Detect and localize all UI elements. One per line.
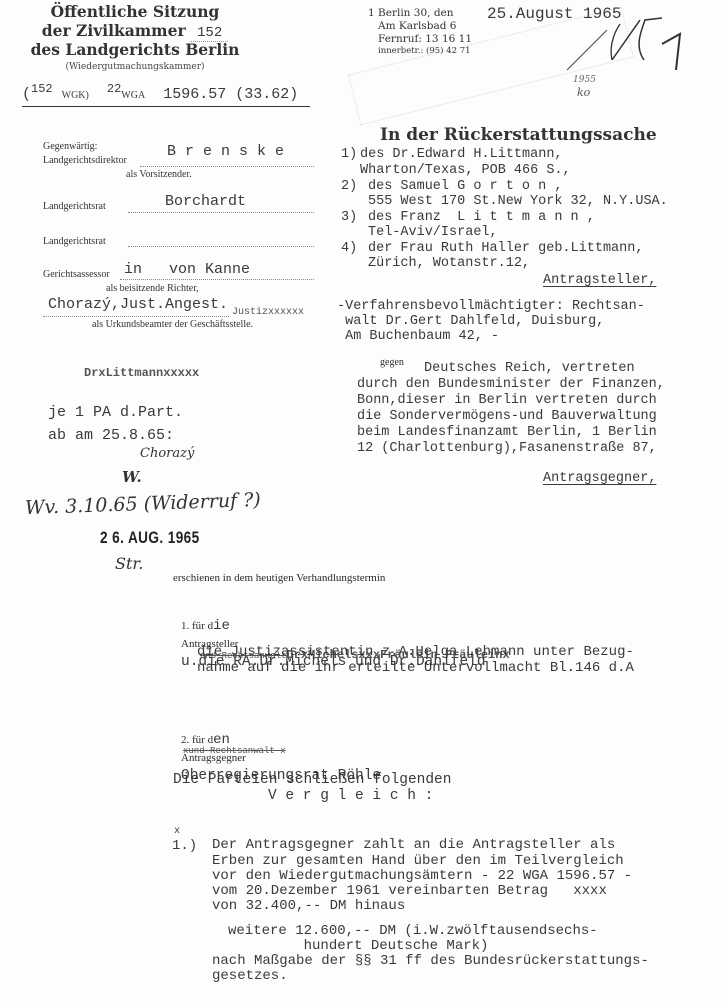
applicant-1-number: 1) [341, 147, 357, 163]
applicant-1-address: Wharton/Texas, POB 466 S., [360, 163, 571, 179]
bench-fill-line [43, 316, 229, 317]
applicant-3-name: des Franz L i t t m a n n , [368, 210, 595, 226]
appearance-item-2-prefix: 2. für d [181, 734, 213, 746]
case-number-chamber: 152 [31, 82, 53, 96]
bench-value-presiding: B r e n s k e [167, 143, 284, 160]
court-title-line-2: der Zivilkammer 152 [0, 21, 270, 41]
settlement-item-line-4: vom 20.Dezember 1961 vereinbarten Betrag… [212, 883, 607, 899]
received-date-stamp: 2 6. AUG. 1965 [100, 528, 200, 548]
address-line-2: Am Karlsbad 6 [378, 20, 456, 32]
address-line-3: Fernruf: 13 16 11 [378, 33, 472, 45]
clerk-value: Chorazý,Just.Angest. [48, 296, 228, 313]
handwritten-arrow-initials: 1955 ko [565, 30, 610, 100]
chamber-subtitle: (Wiedergutmachungskammer) [0, 62, 270, 72]
case-title: In der Rückerstattungssache [380, 125, 657, 145]
applicant-3-address: Tel-Aviv/Israel, [368, 225, 498, 241]
chamber-label: der Zivilkammer [42, 21, 186, 40]
counsel-line-3: Am Buchenbaum 42, - [337, 329, 499, 345]
handwritten-initials-1: Chorazý [140, 446, 194, 461]
case-number-office: 22 [107, 82, 121, 96]
sent-line: ab am 25.8.65: [48, 427, 174, 444]
bench-note-judges: als beisitzende Richter, [106, 283, 199, 294]
settlement-item-number: 1.) [172, 838, 197, 854]
counsel-line-2: walt Dr.Gert Dahlfeld, Duisburg, [337, 314, 604, 330]
respondent-line-1: Deutsches Reich, vertreten [424, 361, 635, 377]
bench-label-judge-2: Landgerichtsrat [43, 236, 106, 247]
applicant-2-number: 2) [341, 179, 357, 195]
address-line-1: 1 Berlin 30, den [368, 7, 454, 19]
handwritten-initials-2: W. [122, 468, 142, 486]
bench-fill-line [128, 246, 314, 247]
applicant-2-address: 555 West 170 St.New York 32, N.Y.USA. [368, 194, 668, 210]
case-number-wga: WGA [121, 90, 145, 101]
bench-fill-line [140, 166, 314, 167]
present-label: Gegenwärtig: [43, 141, 97, 152]
bench-value-judge-1: Borchardt [165, 193, 246, 210]
settlement-item-line-1: Der Antragsgegner zahlt an die Antragste… [212, 838, 615, 854]
respondent-line-5: beim Landesfinanzamt Berlin, 1 Berlin [357, 425, 657, 441]
settlement-intro: Die Parteien schließen folgenden [173, 772, 451, 788]
case-number-paren: ( [22, 86, 31, 103]
respondent-line-2: durch den Bundesminister der Finanzen, [357, 377, 665, 393]
applicant-4-number: 4) [341, 241, 357, 257]
applicant-2-name: des Samuel G o r t o n , [368, 179, 562, 195]
clerk-note: als Urkundsbeamter der Geschäftsstelle. [92, 319, 253, 330]
settlement-item-line-3: vor den Wiedergutmachungsämtern - 22 WGA… [212, 868, 632, 884]
bench-label-presiding: Landgerichtsdirektor [43, 155, 127, 166]
settlement-amount-line-2: hundert Deutsche Mark) [228, 938, 488, 954]
applicant-4-address: Zürich, Wotanstr.12, [368, 256, 530, 272]
handwritten-initials-3: Str. [115, 554, 143, 573]
respondent-line-6: 12 (Charlottenburg),Fasanenstraße 87, [357, 441, 657, 457]
struck-line: DrxLittmannxxxxx [84, 366, 199, 380]
settlement-closing-line-2: gesetzes. [212, 968, 288, 984]
applicant-1-name: des Dr.Edward H.Littmann, [360, 147, 563, 163]
counsel-line-1: -Verfahrensbevollmächtigter: Rechtsan- [337, 299, 645, 315]
appearance-item-2-struck: xund Rechtsanwalt x [183, 746, 286, 756]
respondent-role: Antragsgegner, [543, 471, 656, 487]
appearance-item-1-detail-1: die Justizassistentin z.A.Helga Lehmann … [197, 644, 634, 660]
respondent-line-3: Bonn,dieser in Berlin vertreten durch [357, 393, 657, 409]
bench-note-presiding: als Vorsitzender. [126, 169, 192, 180]
applicant-4-name: der Frau Ruth Haller geb.Littmann, [368, 241, 643, 257]
settlement-item-mark: x [174, 826, 180, 837]
copies-line: je 1 PA d.Part. [48, 404, 183, 421]
svg-text:ko: ko [577, 86, 591, 99]
case-number: (152 WGK) 22WGA 1596.57 (33.62) [22, 82, 310, 107]
appearance-intro: erschienen in dem heutigen Verhandlungst… [173, 572, 385, 584]
bench-label-judge-1: Landgerichtsrat [43, 201, 106, 212]
clerk-struck-text: Justizxxxxxx [232, 307, 304, 318]
settlement-amount-line-1: weitere 12.600,-- DM (i.W.zwölftausendse… [228, 923, 598, 939]
settlement-closing-line-1: nach Maßgabe der §§ 31 ff des Bundesrück… [212, 953, 649, 969]
svg-text:1955: 1955 [573, 75, 596, 85]
appearance-item-1-detail-2: nahme auf die ihr erteilte Untervollmach… [197, 660, 634, 676]
case-number-file: 1596.57 (33.62) [163, 86, 298, 103]
settlement-item-line-2: Erben zur gesamten Hand über den im Teil… [212, 853, 624, 869]
bench-label-assessor: Gerichtsassessor [43, 269, 110, 280]
handwritten-resubmission-note: Wv. 3.10.65 (Widerruf ?) [25, 489, 261, 519]
court-title-line-3: des Landgerichts Berlin [0, 40, 270, 59]
settlement-heading: V e r g l e i c h : [268, 788, 433, 804]
bench-fill-line [128, 212, 314, 213]
settlement-item-line-5: von 32.400,-- DM hinaus [212, 898, 405, 914]
applicant-3-number: 3) [341, 210, 357, 226]
case-number-wgk: WGK) [62, 90, 89, 101]
bench-fill-line [120, 279, 314, 280]
bench-value-assessor: in von Kanne [124, 261, 250, 278]
court-title-line-1: Öffentliche Sitzung [0, 2, 270, 21]
against-label: gegen [380, 357, 404, 368]
respondent-line-4: die Sondervermögens-und Bauverwaltung [357, 409, 657, 425]
handwritten-folio-151 [600, 12, 710, 72]
applicants-role: Antragsteller, [543, 273, 656, 289]
